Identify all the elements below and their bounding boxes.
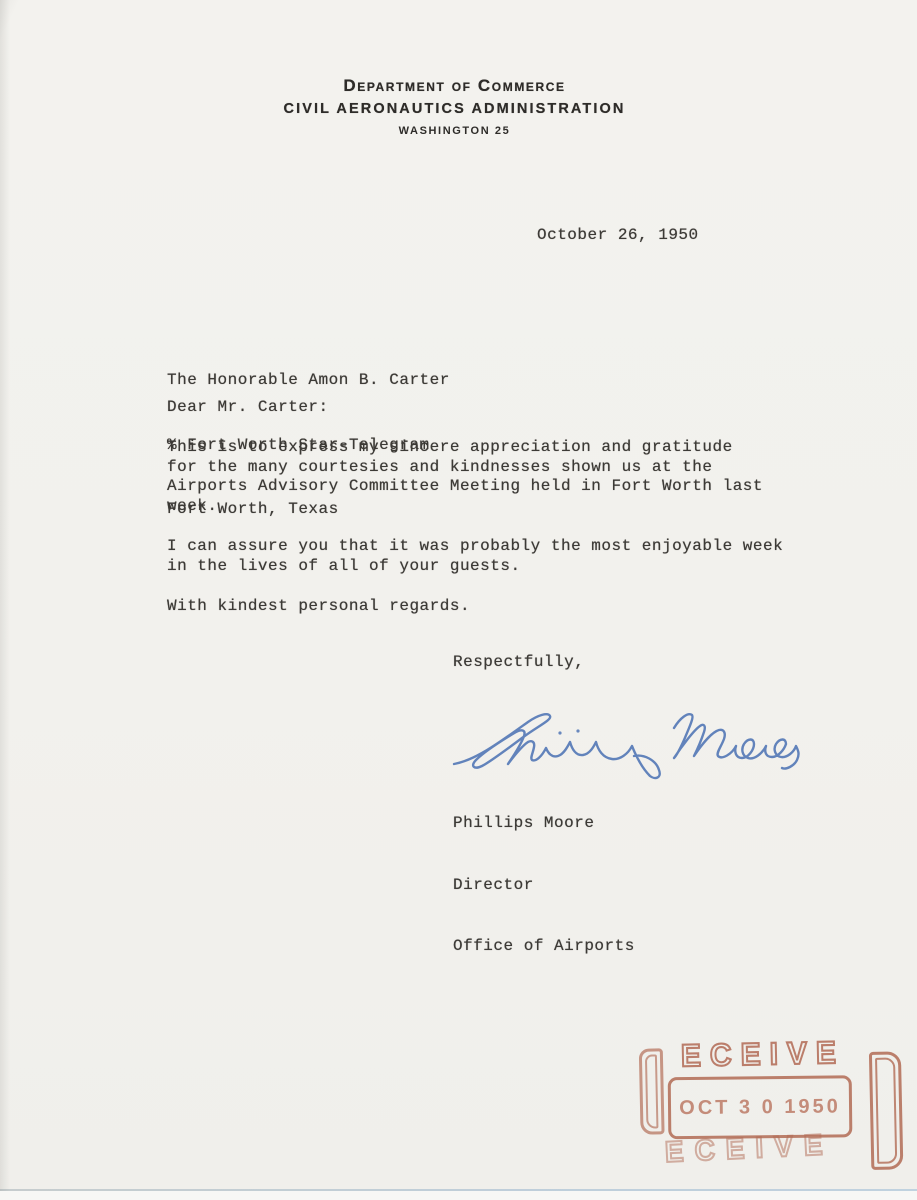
letter-page: Department of Commerce CIVIL AERONAUTICS… xyxy=(0,0,917,1200)
signer-title: Director xyxy=(453,875,635,896)
letterhead-bureau: CIVIL AERONAUTICS ADMINISTRATION xyxy=(0,101,909,117)
stamp-word-top: ECEIVE xyxy=(681,1036,846,1075)
typed-name: Phillips Moore xyxy=(453,813,635,834)
signer-office: Office of Airports xyxy=(453,936,635,957)
signature-stroke-first-name xyxy=(454,714,660,778)
body-paragraph-1: This is to express my sincere appreciati… xyxy=(167,438,772,516)
signature-i-dot xyxy=(558,731,561,734)
signature-block: Phillips Moore Director Office of Airpor… xyxy=(453,772,635,998)
body-paragraph-2: I can assure you that it was probably th… xyxy=(167,537,799,576)
scan-edge-strip xyxy=(0,1191,917,1200)
salutation: Dear Mr. Carter: xyxy=(167,398,329,418)
signature-i-dot xyxy=(576,729,579,732)
stamp-word-bottom: ECEIVE xyxy=(664,1128,834,1170)
valediction: Respectfully, xyxy=(453,653,584,673)
stamp-date: OCT 3 0 1950 xyxy=(679,1095,841,1120)
letterhead-city: WASHINGTON 25 xyxy=(0,125,909,137)
recipient-name: The Honorable Amon B. Carter xyxy=(167,370,450,392)
letterhead-agency: Department of Commerce xyxy=(0,76,909,96)
received-stamp: ECEIVE OCT 3 0 1950 ECEIVE xyxy=(637,1035,912,1176)
letter-date: October 26, 1950 xyxy=(537,226,699,246)
stamp-left-bracket xyxy=(639,1048,665,1134)
signature-stroke-last-name xyxy=(674,714,799,768)
body-paragraph-3: With kindest personal regards. xyxy=(167,597,470,617)
stamp-right-bracket xyxy=(869,1051,903,1170)
